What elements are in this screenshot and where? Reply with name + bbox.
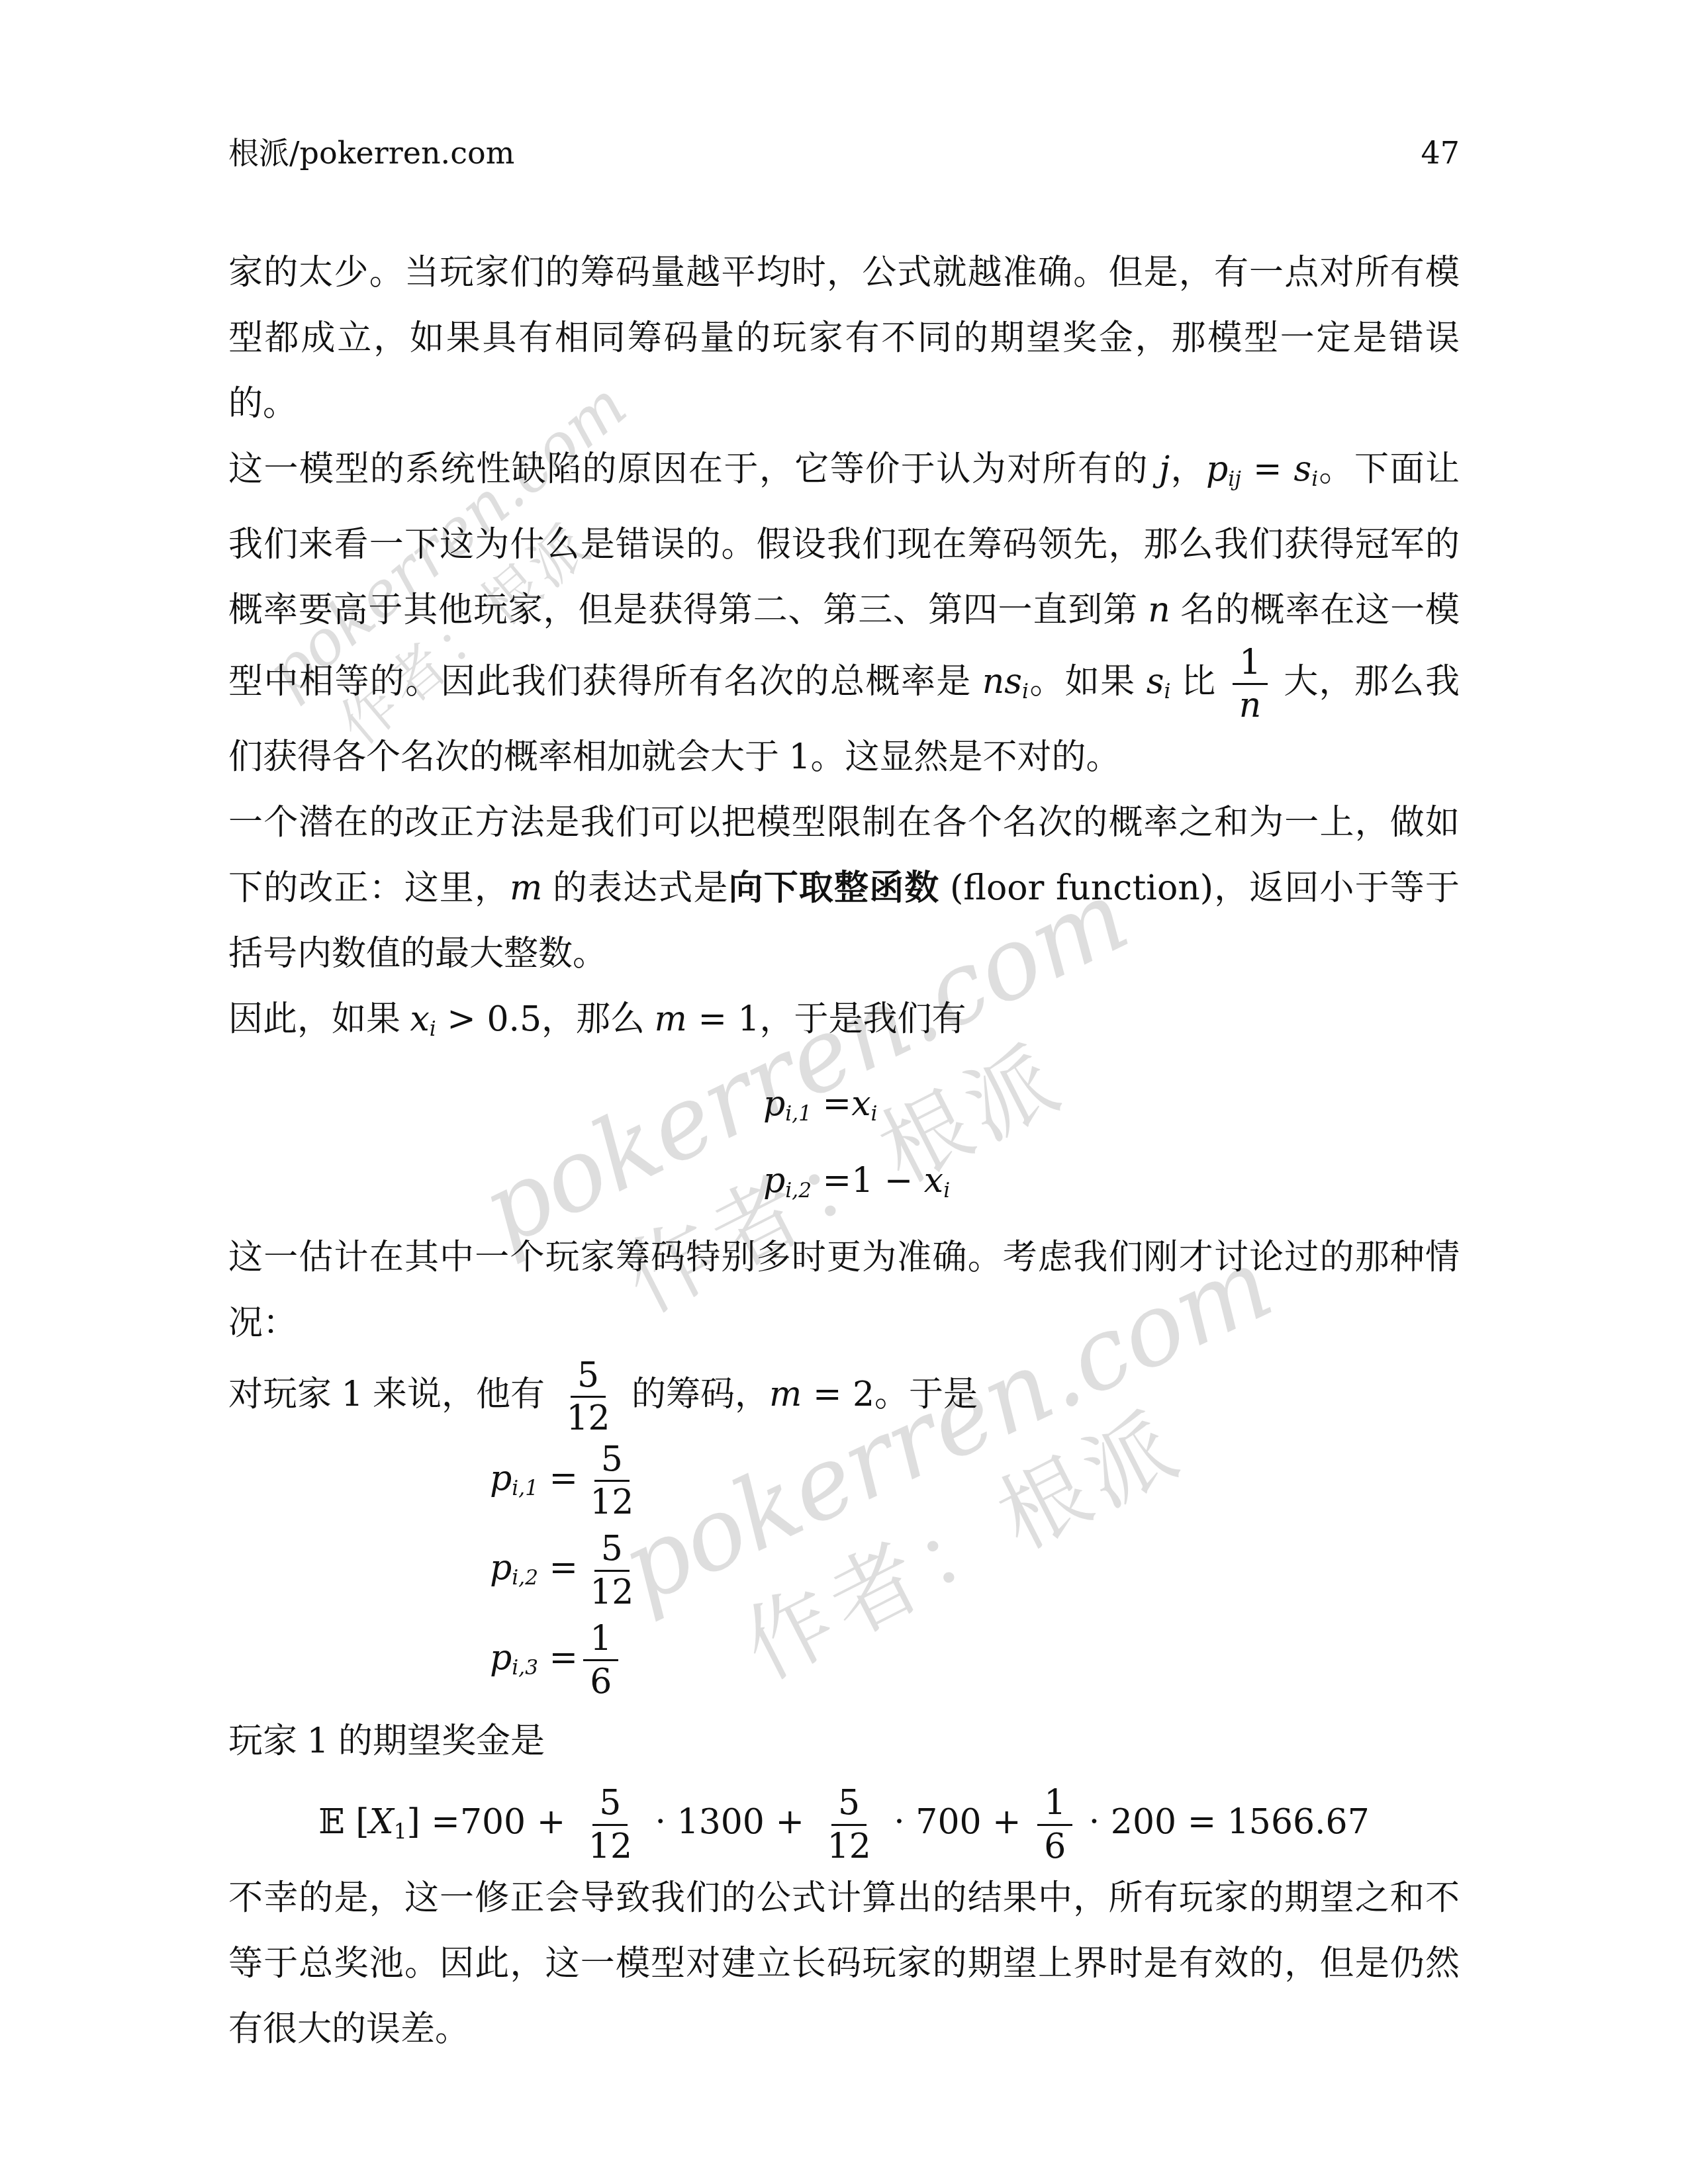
- text-run: p: [763, 1161, 785, 1201]
- fraction: 512: [582, 1784, 639, 1865]
- text-run: i: [1022, 680, 1029, 704]
- text-run: 因此，如果: [228, 1000, 410, 1038]
- fraction-denominator: 6: [583, 1661, 618, 1701]
- text-run: =: [812, 1161, 851, 1201]
- text-run: m: [769, 1375, 802, 1414]
- text-run: 的表达式是: [542, 869, 728, 907]
- fraction-numerator: 5: [571, 1356, 606, 1398]
- paragraph-7: 玩家 1 的期望奖金是: [228, 1709, 1460, 1774]
- equation-line: pi,1 =512: [490, 1440, 645, 1522]
- page-content: 根派/pokerren.com 47 家的太少。当玩家们的筹码量越平均时，公式就…: [0, 0, 1688, 2062]
- fraction-numerator: 1: [1233, 643, 1268, 685]
- text-run: 1: [394, 1821, 407, 1844]
- text-run: · 700 +: [883, 1803, 1032, 1843]
- fraction-numerator: 5: [592, 1784, 628, 1825]
- text-run: 来说，他有: [363, 1375, 555, 1414]
- text-run: 。于是: [874, 1375, 978, 1414]
- text-run: 的期望奖金是: [329, 1722, 545, 1760]
- text-run: i,2: [785, 1179, 812, 1203]
- text-run: j: [1159, 449, 1170, 489]
- fraction-denominator: 12: [583, 1572, 640, 1612]
- text-run: p: [763, 1084, 785, 1124]
- text-run: · 200 = 1566.67: [1078, 1803, 1370, 1843]
- equation-line: pi,3 =16: [490, 1619, 645, 1701]
- text-run: > 0.5: [436, 999, 541, 1039]
- text-run: ，于是我们有: [760, 1000, 966, 1038]
- text-run: =: [538, 1638, 578, 1678]
- text-run: i,1: [512, 1477, 538, 1500]
- paragraph-2: 这一模型的系统性缺陷的原因在于，它等价于认为对所有的 j，pij = si。下面…: [228, 437, 1460, 790]
- text-run: i: [1311, 467, 1318, 491]
- text-run: i: [943, 1179, 950, 1203]
- text-run: 这一估计在其中一个玩家筹码特别多时更为准确。考虑我们刚才讨论过的那种情况：: [228, 1238, 1460, 1342]
- text-run: i,1: [785, 1102, 812, 1126]
- text-run: 1: [306, 1721, 328, 1761]
- text-run: 700 +: [460, 1803, 577, 1843]
- paragraph-4: 因此，如果 xi > 0.5，那么 m = 1，于是我们有: [228, 987, 1460, 1062]
- text-run: 1: [341, 1375, 363, 1414]
- text-run: x: [924, 1161, 943, 1201]
- fraction-numerator: 1: [583, 1619, 618, 1661]
- text-run: ns: [982, 662, 1022, 702]
- text-run: 。这显然是不对的。: [811, 738, 1121, 776]
- paragraph-1: 家的太少。当玩家们的筹码量越平均时，公式就越准确。但是，有一点对所有模型都成立，…: [228, 240, 1460, 437]
- text-run: s: [1147, 662, 1164, 702]
- text-run: 1 −: [851, 1161, 924, 1201]
- text-run: s: [1293, 449, 1311, 489]
- equation-line: pi,1 =xi: [763, 1071, 950, 1147]
- text-run: (floor function): [950, 868, 1213, 908]
- text-run: m: [510, 868, 542, 908]
- text-run: X: [369, 1803, 394, 1843]
- text-run: · 1300 +: [644, 1803, 816, 1843]
- text-run: m: [655, 999, 687, 1039]
- paragraph-8: 不幸的是，这一修正会导致我们的公式计算出的结果中，所有玩家的期望之和不等于总奖池…: [228, 1866, 1460, 2062]
- page-header: 根派/pokerren.com 47: [228, 136, 1460, 171]
- fraction-denominator: 12: [583, 1482, 640, 1522]
- text-run: [939, 869, 950, 907]
- fraction-denominator: n: [1233, 685, 1268, 725]
- text-run: p: [490, 1459, 512, 1498]
- equation-line: pi,2 =1 − xi: [763, 1148, 950, 1224]
- text-run: p: [1206, 449, 1228, 489]
- text-run: x: [410, 999, 429, 1039]
- text-run: 。如果: [1029, 662, 1147, 701]
- fraction: 16: [1037, 1784, 1072, 1865]
- text-run: ，: [1170, 450, 1206, 488]
- fraction: 16: [583, 1619, 618, 1701]
- fraction: 512: [583, 1529, 640, 1611]
- fraction-numerator: 5: [831, 1784, 867, 1825]
- fraction: 512: [583, 1440, 640, 1522]
- fraction: 512: [821, 1784, 878, 1865]
- text-run: 家的太少。当玩家们的筹码量越平均时，公式就越准确。但是，有一点对所有模型都成立，…: [228, 253, 1460, 423]
- equation-block-3: 𝔼 [X1] =700 + 512 · 1300 + 512 · 700 + 1…: [318, 1784, 1370, 1865]
- fraction: 512: [559, 1356, 616, 1437]
- text-run: =: [812, 1084, 851, 1124]
- header-site: 根派/pokerren.com: [228, 136, 514, 171]
- text-run: i: [870, 1102, 877, 1126]
- text-run: p: [490, 1549, 512, 1588]
- text-run: i: [430, 1017, 436, 1041]
- book-page: pokerren.com 作者：根派 pokerren.com 作者：根派 po…: [0, 0, 1688, 2184]
- text-run: ij: [1228, 467, 1241, 491]
- fraction: 1n: [1233, 643, 1268, 725]
- text-run: p: [490, 1638, 512, 1678]
- text-run: 不幸的是，这一修正会导致我们的公式计算出的结果中，所有玩家的期望之和不等于总奖池…: [228, 1879, 1460, 2048]
- text-run: 1: [788, 737, 810, 777]
- fraction-numerator: 5: [594, 1440, 630, 1482]
- paragraph-6: 对玩家 1 来说，他有 512 的筹码，m = 2。于是: [228, 1356, 1460, 1437]
- equation-line: pi,2 =512: [490, 1529, 645, 1611]
- text-run: 比: [1170, 662, 1227, 701]
- text-run: 向下取整函数: [729, 869, 940, 907]
- fraction-numerator: 5: [594, 1529, 630, 1571]
- fraction-denominator: 12: [559, 1398, 616, 1437]
- text-run: 的筹码，: [622, 1375, 769, 1414]
- page-number: 47: [1421, 136, 1460, 171]
- text-run: =: [538, 1549, 578, 1588]
- fraction-denominator: 12: [582, 1826, 639, 1866]
- fraction-denominator: 6: [1037, 1826, 1072, 1866]
- text-run: =: [538, 1459, 578, 1498]
- fraction-denominator: 12: [821, 1826, 878, 1866]
- text-run: i: [1164, 680, 1170, 704]
- text-run: ，那么: [541, 1000, 654, 1038]
- text-run: 玩家: [228, 1722, 306, 1760]
- text-run: i,3: [512, 1656, 538, 1680]
- fraction-numerator: 1: [1037, 1784, 1072, 1825]
- text-run: n: [1148, 590, 1170, 630]
- text-run: 𝔼 [: [318, 1803, 369, 1843]
- text-run: 这一模型的系统性缺陷的原因在于，它等价于认为对所有的: [228, 450, 1159, 488]
- text-run: = 1: [687, 999, 760, 1039]
- equation-block-1: pi,1 =xi pi,2 =1 − xi: [763, 1071, 950, 1224]
- text-run: ] =: [407, 1803, 460, 1843]
- paragraph-5: 这一估计在其中一个玩家筹码特别多时更为准确。考虑我们刚才讨论过的那种情况：: [228, 1225, 1460, 1356]
- equation-block-2: pi,1 =512 pi,2 =512 pi,3 =16: [490, 1440, 645, 1701]
- text-run: x: [851, 1084, 870, 1124]
- text-run: = 2: [802, 1375, 874, 1414]
- equation-line: 𝔼 [X1] =700 + 512 · 1300 + 512 · 700 + 1…: [318, 1784, 1370, 1865]
- paragraph-3: 一个潜在的改正方法是我们可以把模型限制在各个名次的概率之和为一上，做如下的改正：…: [228, 790, 1460, 987]
- text-run: =: [1241, 449, 1294, 489]
- text-run: i,2: [512, 1567, 538, 1590]
- text-run: 对玩家: [228, 1375, 341, 1414]
